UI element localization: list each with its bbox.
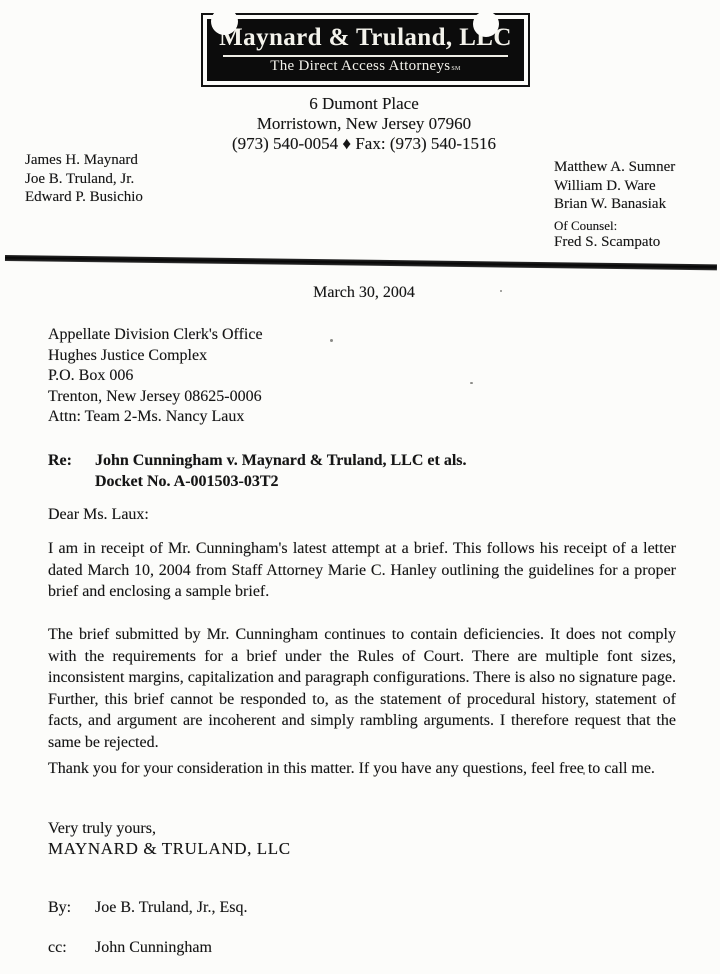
letterhead-divider-line: [223, 55, 508, 57]
firm-address-line2: Morristown, New Jersey 07960: [0, 114, 720, 134]
attorney-name: Joe B. Truland, Jr.: [25, 170, 143, 189]
re-case-caption: John Cunningham v. Maynard & Truland, LL…: [95, 450, 467, 471]
cc-line: cc:John Cunningham: [48, 939, 212, 957]
firm-tagline: The Direct Access AttorneysSM: [270, 58, 460, 75]
scan-speck: [470, 382, 473, 384]
attorney-name: Edward P. Busichio: [25, 188, 143, 207]
of-counsel-label: Of Counsel:: [554, 218, 617, 234]
salutation: Dear Ms. Laux:: [48, 506, 149, 524]
hole-punch-left: [211, 8, 238, 35]
by-label: By:: [48, 899, 95, 917]
scanned-letter-page: Maynard & Truland, LLC The Direct Access…: [0, 0, 720, 974]
firm-tagline-text: The Direct Access Attorneys: [270, 58, 450, 74]
re-lines: John Cunningham v. Maynard & Truland, LL…: [95, 450, 467, 492]
closing-firm-name: MAYNARD & TRULAND, LLC: [48, 839, 291, 859]
hole-punch-right: [473, 11, 499, 37]
re-block: Re: John Cunningham v. Maynard & Truland…: [48, 450, 467, 492]
firm-address-line1: 6 Dumont Place: [0, 94, 720, 114]
service-mark: SM: [451, 66, 460, 72]
recipient-line: P.O. Box 006: [48, 366, 263, 387]
firm-name: Maynard & Truland, LLC: [219, 25, 512, 51]
body-paragraph-3: Thank you for your consideration in this…: [48, 758, 676, 780]
attorney-name: Matthew A. Sumner: [554, 158, 675, 177]
scan-speck: [500, 290, 502, 292]
closing-valediction: Very truly yours,: [48, 820, 156, 838]
of-counsel-name: Fred S. Scampato: [554, 234, 660, 251]
scan-speck: [583, 772, 585, 775]
recipient-line: Hughes Justice Complex: [48, 346, 263, 367]
body-paragraph-2: The brief submitted by Mr. Cunningham co…: [48, 624, 676, 753]
recipient-line: Trenton, New Jersey 08625-0006: [48, 387, 263, 408]
re-docket-number: Docket No. A-001503-03T2: [95, 471, 467, 492]
recipient-line: Appellate Division Clerk's Office: [48, 325, 263, 346]
attorney-name: William D. Ware: [554, 177, 675, 196]
scan-speck: [330, 339, 333, 342]
by-name: Joe B. Truland, Jr., Esq.: [95, 899, 247, 916]
scan-artifact-dot: [460, 0, 472, 10]
cc-name: John Cunningham: [95, 939, 212, 956]
attorney-name: Brian W. Banasiak: [554, 195, 675, 214]
letter-date: March 30, 2004: [0, 284, 720, 302]
attorneys-left-column: James H. Maynard Joe B. Truland, Jr. Edw…: [25, 151, 143, 207]
by-line: By:Joe B. Truland, Jr., Esq.: [48, 899, 247, 917]
body-paragraph-1: I am in receipt of Mr. Cunningham's late…: [48, 538, 676, 603]
cc-label: cc:: [48, 939, 95, 957]
recipient-line: Attn: Team 2-Ms. Nancy Laux: [48, 407, 263, 428]
attorney-name: James H. Maynard: [25, 151, 143, 170]
recipient-address-block: Appellate Division Clerk's Office Hughes…: [48, 325, 263, 428]
re-label: Re:: [48, 450, 72, 471]
attorneys-right-column: Matthew A. Sumner William D. Ware Brian …: [554, 158, 675, 214]
letterhead-horizontal-rule: [5, 255, 717, 270]
firm-address-block: 6 Dumont Place Morristown, New Jersey 07…: [0, 94, 720, 154]
